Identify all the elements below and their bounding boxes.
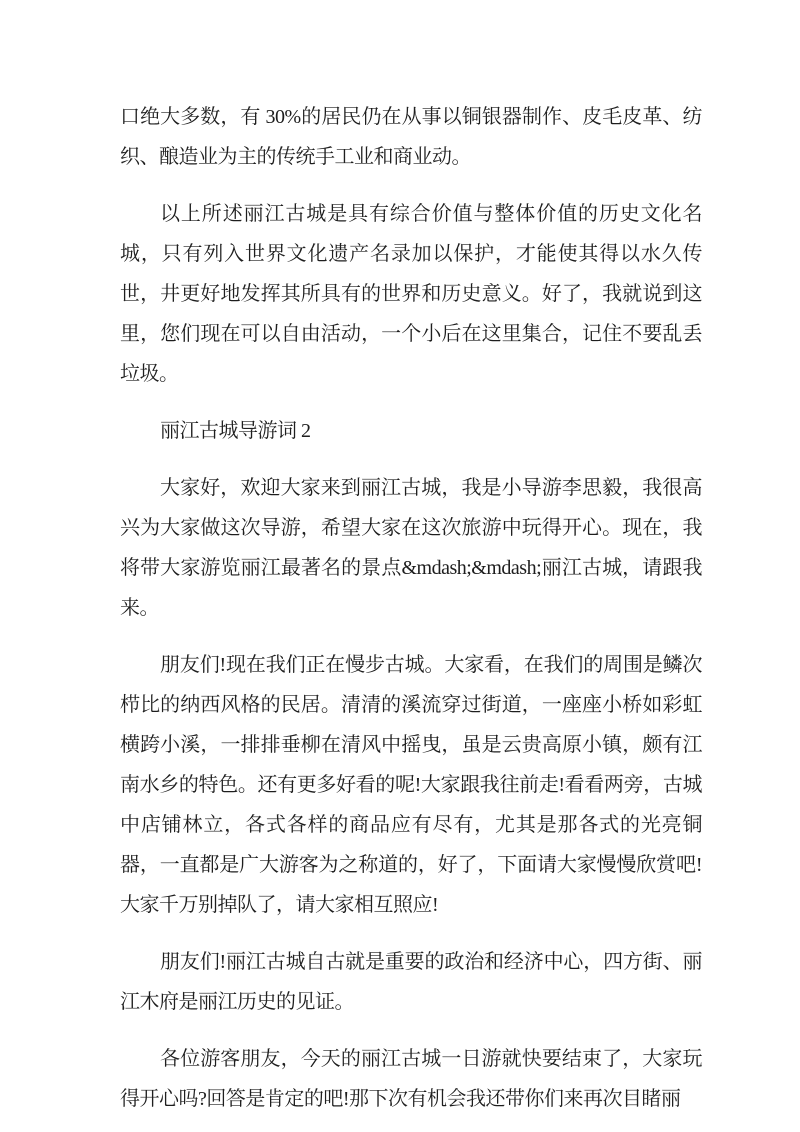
paragraph-continuation: 口绝大多数，有 30%的居民仍在从事以铜银器制作、皮毛皮革、纺织、酿造业为主的传… <box>120 97 702 177</box>
document-page: 口绝大多数，有 30%的居民仍在从事以铜银器制作、皮毛皮革、纺织、酿造业为主的传… <box>0 0 800 1132</box>
paragraph: 各位游客朋友，今天的丽江古城一日游就快要结束了，大家玩得开心吗?回答是肯定的吧!… <box>120 1039 702 1119</box>
paragraph: 大家好，欢迎大家来到丽江古城，我是小导游李思毅，我很高兴为大家做这次导游，希望大… <box>120 468 702 628</box>
paragraph: 朋友们!丽江古城自古就是重要的政治和经济中心，四方街、丽江木府是丽江历史的见证。 <box>120 942 702 1022</box>
paragraph: 朋友们!现在我们正在慢步古城。大家看，在我们的周围是鳞次栉比的纳西风格的民居。清… <box>120 645 702 925</box>
section-heading: 丽江古城导游词 2 <box>120 411 702 451</box>
paragraph: 以上所述丽江古城是具有综合价值与整体价值的历史文化名城，只有列入世界文化遗产名录… <box>120 194 702 394</box>
